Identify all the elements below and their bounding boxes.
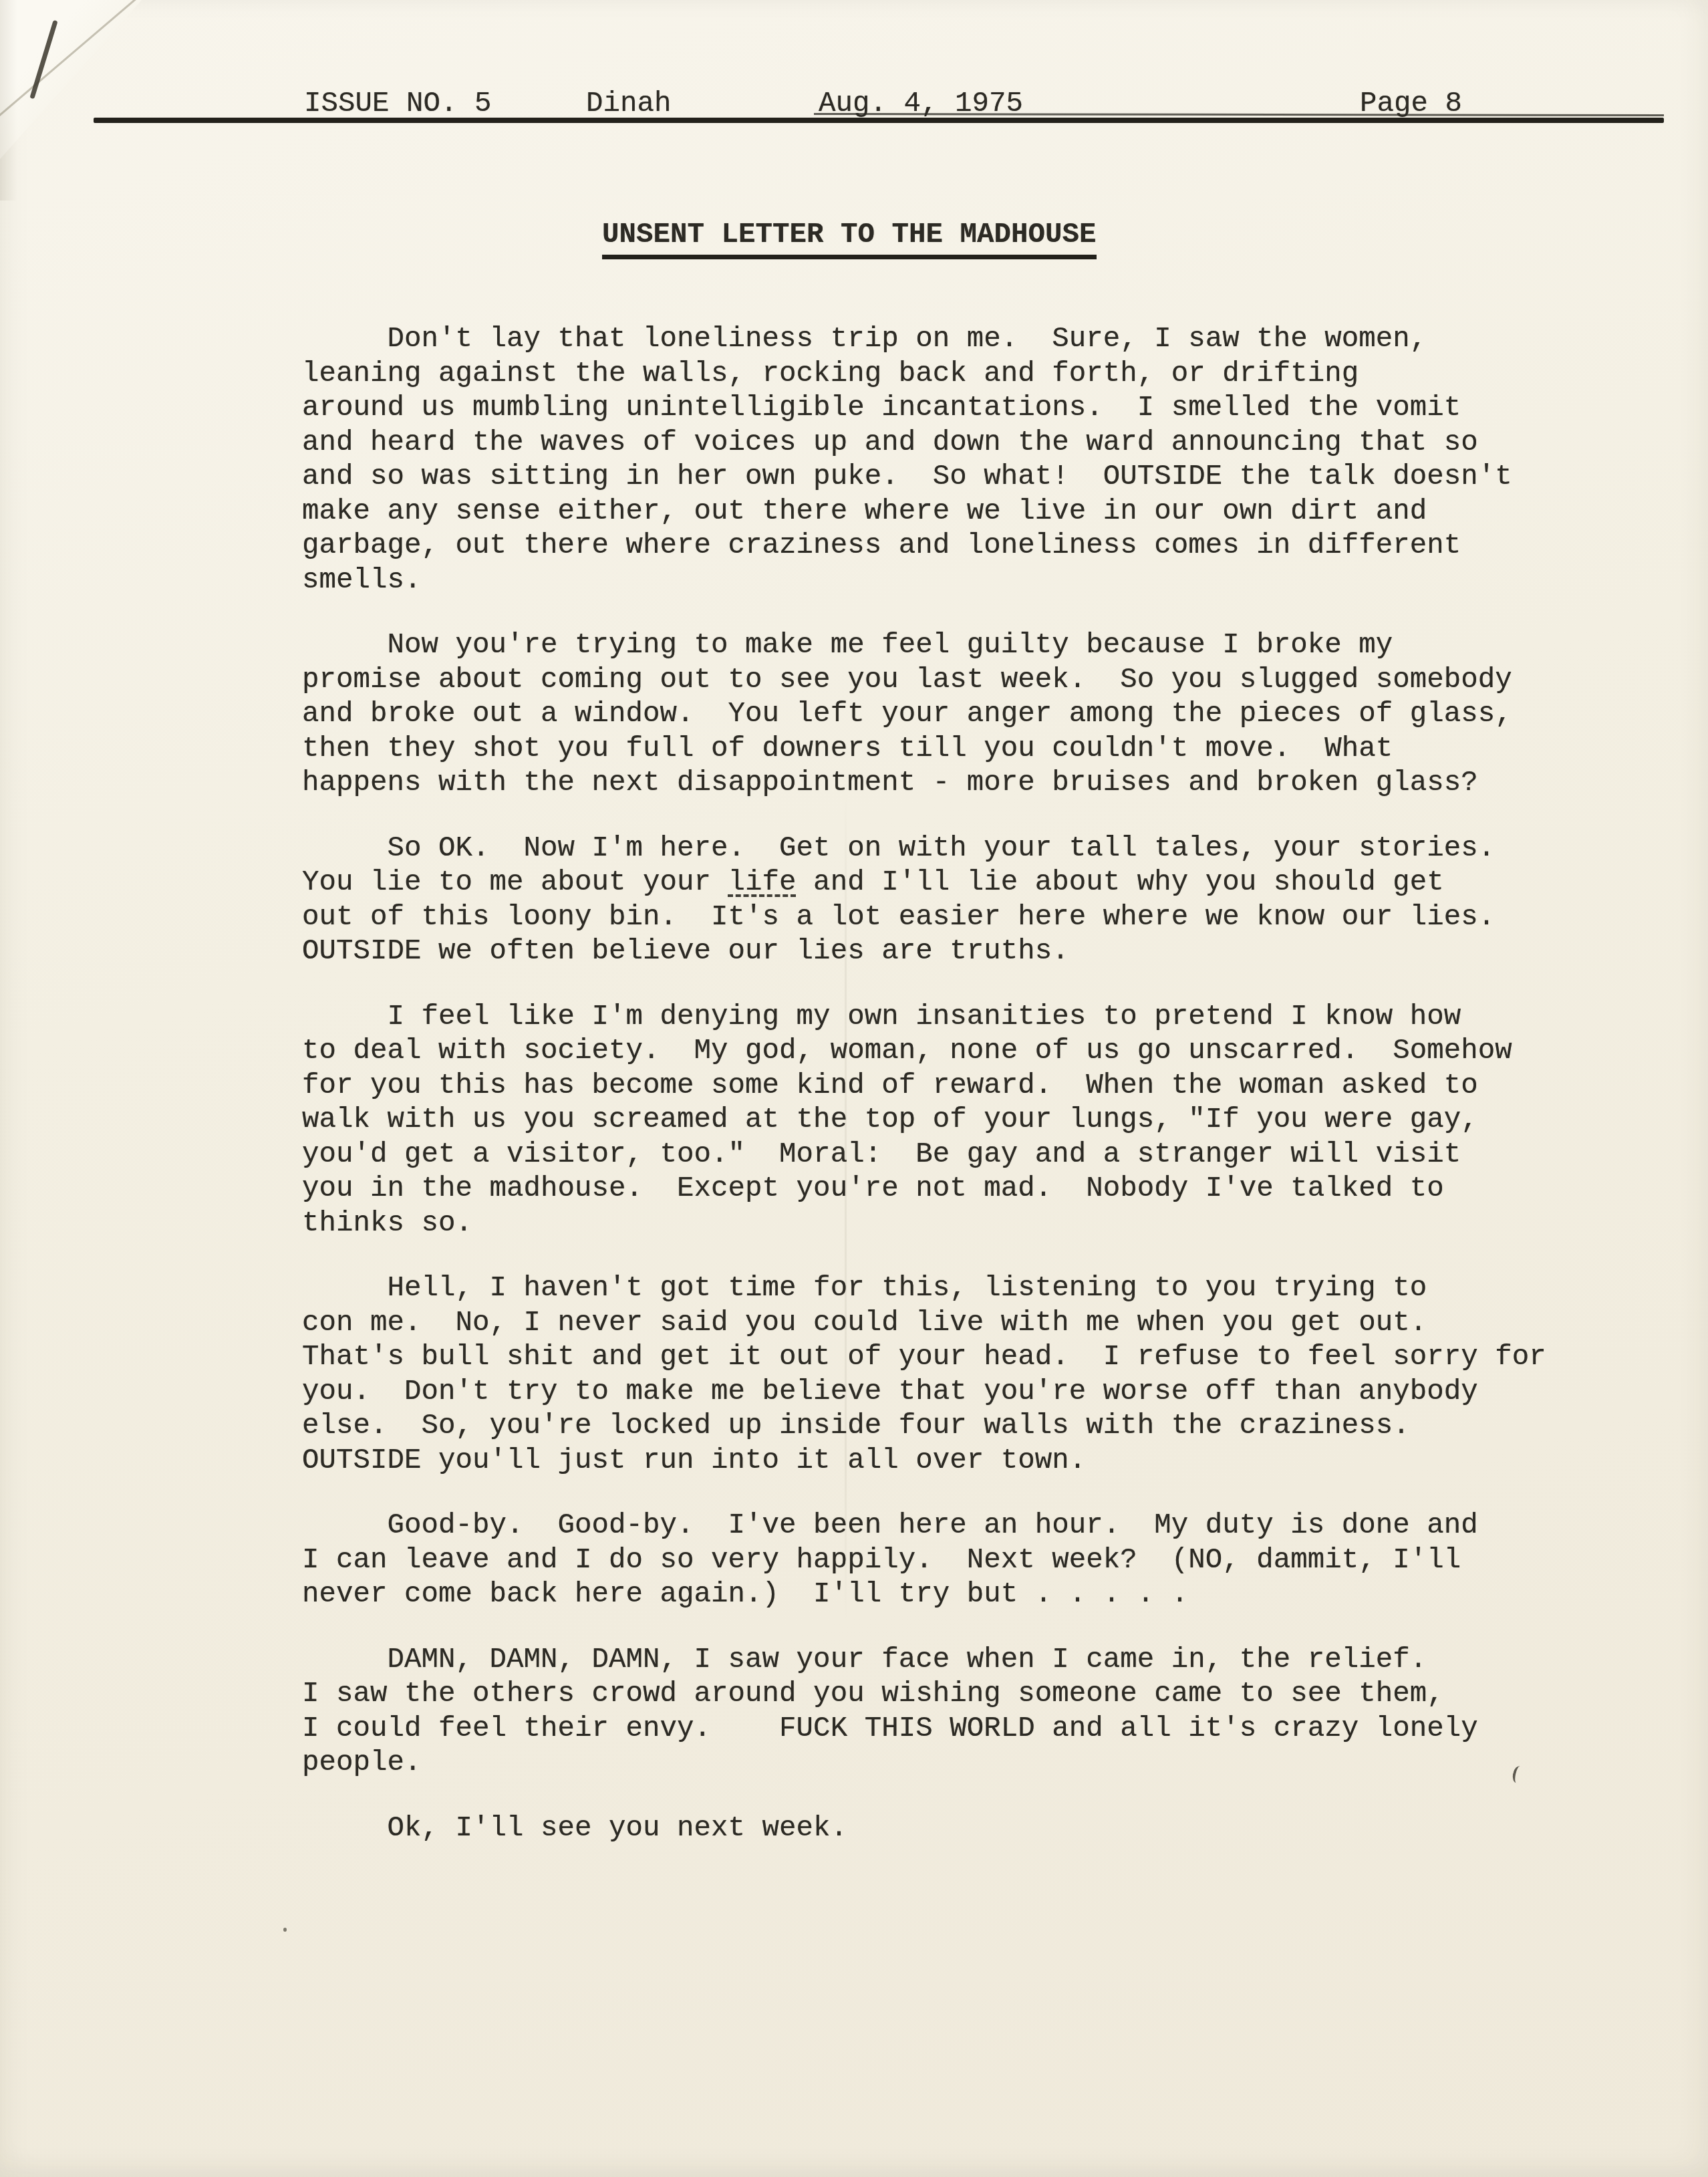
- letter-closing-line: Ok, I'll see you next week.: [302, 1811, 1572, 1846]
- letter-paragraph-6: Good-by. Good-by. I've been here an hour…: [302, 1509, 1572, 1612]
- scan-artifact-dot: [283, 1928, 287, 1932]
- word-underline-life: [728, 894, 796, 897]
- vertical-crease: [845, 789, 847, 1624]
- letter-body: Don't lay that loneliness trip on me. Su…: [302, 322, 1572, 1876]
- folded-corner: [0, 0, 142, 159]
- header-date: Aug. 4, 1975: [819, 87, 1023, 121]
- letter-title: UNSENT LETTER TO THE MADHOUSE: [602, 218, 1097, 259]
- letter-paragraph-7: DAMN, DAMN, DAMN, I saw your face when I…: [302, 1643, 1572, 1781]
- page-edge-shadow: [0, 0, 17, 201]
- header-rule: [94, 118, 1664, 123]
- letter-paragraph-4: I feel like I'm denying my own insanitie…: [302, 1000, 1572, 1241]
- header-author: Dinah: [586, 87, 672, 121]
- letter-paragraph-5: Hell, I haven't got time for this, liste…: [302, 1271, 1572, 1478]
- letter-paragraph-3: So OK. Now I'm here. Get on with your ta…: [302, 831, 1572, 969]
- header-issue-number: ISSUE NO. 5: [304, 87, 492, 121]
- scanned-page: ISSUE NO. 5 Dinah Aug. 4, 1975 Page 8 UN…: [0, 0, 1708, 2177]
- letter-paragraph-2: Now you're trying to make me feel guilty…: [302, 628, 1572, 801]
- letter-paragraph-1: Don't lay that loneliness trip on me. Su…: [302, 322, 1572, 598]
